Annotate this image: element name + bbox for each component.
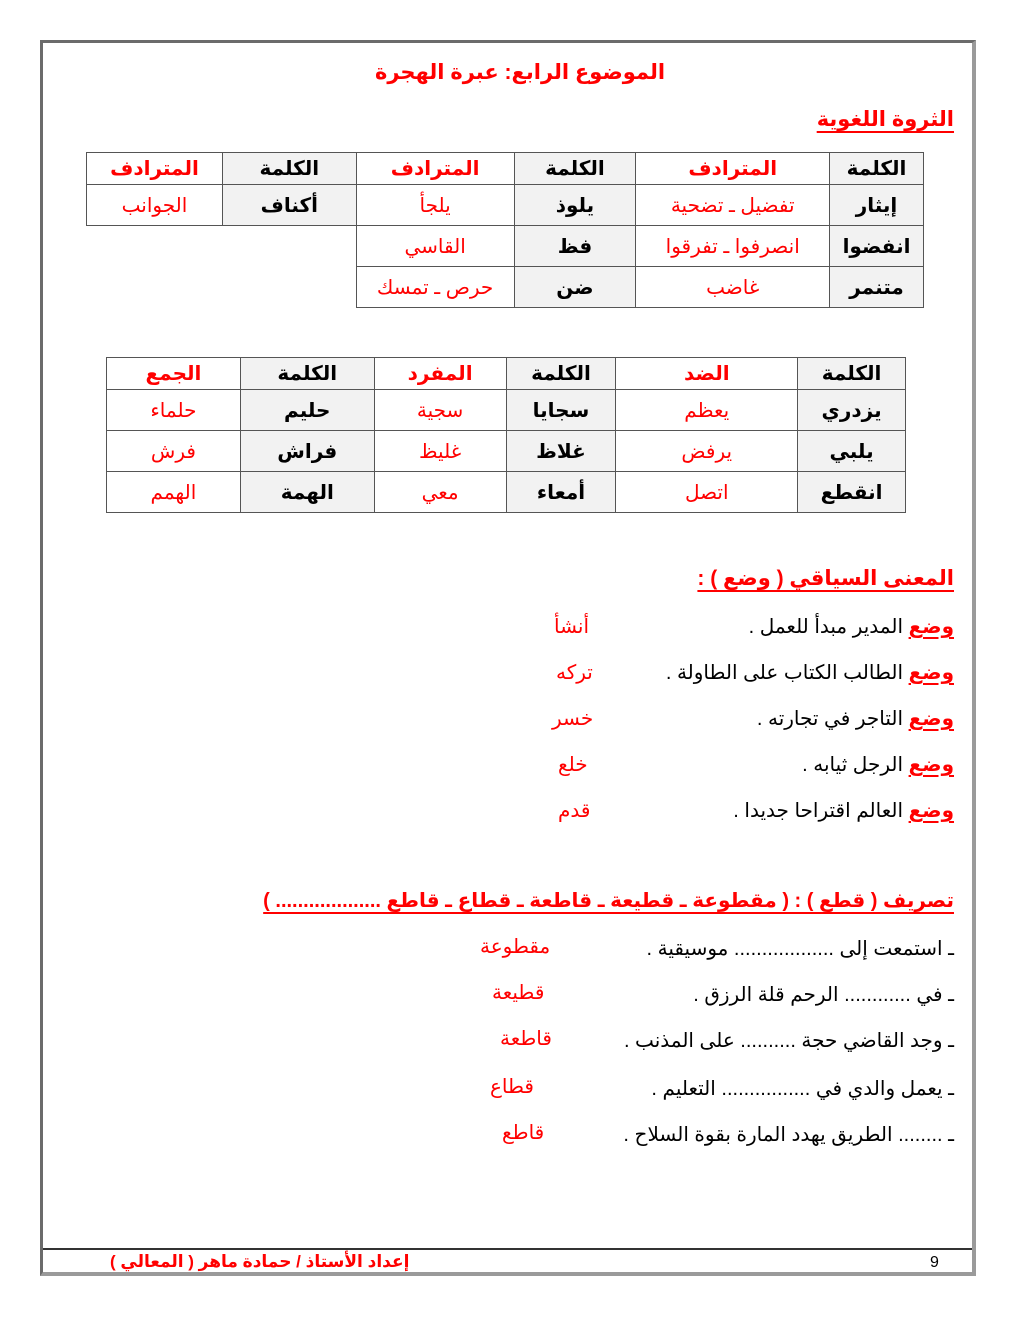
verb-highlight: وضع bbox=[909, 708, 954, 730]
conjugation-answer: قطاع bbox=[490, 1074, 534, 1099]
word-cell: متنمر bbox=[830, 267, 924, 308]
answer-cell: يرفض bbox=[616, 431, 798, 472]
word-cell: انفضوا bbox=[830, 226, 924, 267]
header-cell: المفرد bbox=[374, 358, 506, 390]
conjugation-sentence: ـ وجد القاضي حجة .......... على المذنب . bbox=[624, 1028, 954, 1053]
sentence-text: الطالب الكتاب على الطاولة . bbox=[666, 662, 903, 684]
answer-cell: حرص ـ تمسك bbox=[356, 267, 514, 308]
header-cell: المترادف bbox=[636, 153, 830, 185]
conjugation-answer: مقطوعة bbox=[480, 934, 550, 959]
word-cell: انقطع bbox=[798, 472, 906, 513]
header-cell: المترادف bbox=[356, 153, 514, 185]
table-row: يلبي يرفض غلاظ غليظ فراش فرش bbox=[107, 431, 906, 472]
header-cell: الكلمة bbox=[514, 153, 636, 185]
answer-cell: سجية bbox=[374, 390, 506, 431]
context-answer: خلع bbox=[558, 752, 588, 777]
page-number: 9 bbox=[930, 1254, 939, 1272]
header-cell: الضد bbox=[616, 358, 798, 390]
synonyms-table: الكلمة المترادف الكلمة المترادف الكلمة ا… bbox=[86, 152, 924, 308]
table-row: متنمر غاضب ضن حرص ـ تمسك bbox=[87, 267, 924, 308]
answer-cell: حلماء bbox=[107, 390, 241, 431]
answer-cell: غاضب bbox=[636, 267, 830, 308]
word-cell: يلوذ bbox=[514, 185, 636, 226]
empty-cell bbox=[222, 226, 356, 267]
word-cell: أكناف bbox=[222, 185, 356, 226]
lesson-title: الموضوع الرابع: عبرة الهجرة bbox=[0, 60, 1020, 85]
header-cell: الكلمة bbox=[240, 358, 374, 390]
answer-cell: غليظ bbox=[374, 431, 506, 472]
answer-cell: اتصل bbox=[616, 472, 798, 513]
word-cell: أمعاء bbox=[506, 472, 616, 513]
sentence-text: المدير مبدأ للعمل . bbox=[749, 616, 903, 638]
context-answer: قدم bbox=[558, 798, 590, 823]
verb-highlight: وضع bbox=[909, 800, 954, 822]
verb-highlight: وضع bbox=[909, 754, 954, 776]
word-cell: يزدري bbox=[798, 390, 906, 431]
conjugation-sentence: ـ استمعت إلى .................. موسيقية … bbox=[647, 936, 954, 961]
context-answer: تركه bbox=[556, 660, 593, 685]
forms-table-header: الكلمة الضد الكلمة المفرد الكلمة الجمع bbox=[107, 358, 906, 390]
answer-cell: يعظم bbox=[616, 390, 798, 431]
context-sentence: وضع المدير مبدأ للعمل . bbox=[749, 614, 954, 639]
table-row: انقطع اتصل أمعاء معي الهمة الهمم bbox=[107, 472, 906, 513]
conjugation-sentence: ـ ........ الطريق يهدد المارة بقوة السلا… bbox=[623, 1122, 954, 1147]
table-row: إيثار تفضيل ـ تضحية يلوذ يلجأ أكناف الجو… bbox=[87, 185, 924, 226]
answer-cell: معي bbox=[374, 472, 506, 513]
answer-cell: انصرفوا ـ تفرقوا bbox=[636, 226, 830, 267]
forms-table: الكلمة الضد الكلمة المفرد الكلمة الجمع ي… bbox=[106, 357, 906, 513]
word-cell: ضن bbox=[514, 267, 636, 308]
context-sentence: وضع العالم اقتراحا جديدا . bbox=[733, 798, 954, 823]
word-cell: يلبي bbox=[798, 431, 906, 472]
verb-highlight: وضع bbox=[909, 616, 954, 638]
word-cell: سجايا bbox=[506, 390, 616, 431]
empty-cell bbox=[87, 267, 223, 308]
context-sentence: وضع الطالب الكتاب على الطاولة . bbox=[666, 660, 954, 685]
lesson-title-text: الموضوع الرابع: عبرة الهجرة bbox=[355, 60, 665, 85]
header-cell: الكلمة bbox=[506, 358, 616, 390]
conjugation-answer: قاطع bbox=[502, 1120, 544, 1145]
answer-cell: تفضيل ـ تضحية bbox=[636, 185, 830, 226]
empty-cell bbox=[87, 226, 223, 267]
word-cell: الهمة bbox=[240, 472, 374, 513]
vocabulary-heading: الثروة اللغوية bbox=[817, 107, 954, 132]
word-cell: إيثار bbox=[830, 185, 924, 226]
empty-cell bbox=[222, 267, 356, 308]
header-cell: الكلمة bbox=[798, 358, 906, 390]
sentence-text: العالم اقتراحا جديدا . bbox=[733, 800, 903, 822]
synonyms-table-header: الكلمة المترادف الكلمة المترادف الكلمة ا… bbox=[87, 153, 924, 185]
footer-divider bbox=[43, 1248, 972, 1250]
conjugation-sentence: ـ في ............ الرحم قلة الرزق . bbox=[693, 982, 954, 1007]
conjugation-answer: قاطعة bbox=[500, 1026, 552, 1051]
word-cell: فراش bbox=[240, 431, 374, 472]
header-cell: الكلمة bbox=[830, 153, 924, 185]
sentence-text: التاجر في تجارته . bbox=[757, 708, 903, 730]
answer-cell: القاسي bbox=[356, 226, 514, 267]
word-cell: فظ bbox=[514, 226, 636, 267]
conjugation-heading: تصريف ( قطع ) : ( مقطوعة ـ قطيعة ـ قاطعة… bbox=[263, 888, 954, 913]
context-answer: خسر bbox=[552, 706, 593, 731]
conjugation-sentence: ـ يعمل والدي في ................ التعليم… bbox=[651, 1076, 954, 1101]
context-answer: أنشأ bbox=[554, 614, 589, 639]
contextual-meaning-heading: المعنى السياقي ( وضع ) : bbox=[697, 566, 954, 591]
conjugation-answer: قطيعة bbox=[492, 980, 544, 1005]
table-row: يزدري يعظم سجايا سجية حليم حلماء bbox=[107, 390, 906, 431]
answer-cell: الجوانب bbox=[87, 185, 223, 226]
word-cell: حليم bbox=[240, 390, 374, 431]
answer-cell: فرش bbox=[107, 431, 241, 472]
table-row: انفضوا انصرفوا ـ تفرقوا فظ القاسي bbox=[87, 226, 924, 267]
footer-author: إعداد الأستاذ / حمادة ماهر ( المعالي ) bbox=[110, 1252, 409, 1272]
verb-highlight: وضع bbox=[909, 662, 954, 684]
context-sentence: وضع الرجل ثيابه . bbox=[802, 752, 954, 777]
answer-cell: الهمم bbox=[107, 472, 241, 513]
header-cell: المترادف bbox=[87, 153, 223, 185]
sentence-text: الرجل ثيابه . bbox=[802, 754, 903, 776]
answer-cell: يلجأ bbox=[356, 185, 514, 226]
context-sentence: وضع التاجر في تجارته . bbox=[757, 706, 954, 731]
header-cell: الجمع bbox=[107, 358, 241, 390]
word-cell: غلاظ bbox=[506, 431, 616, 472]
header-cell: الكلمة bbox=[222, 153, 356, 185]
